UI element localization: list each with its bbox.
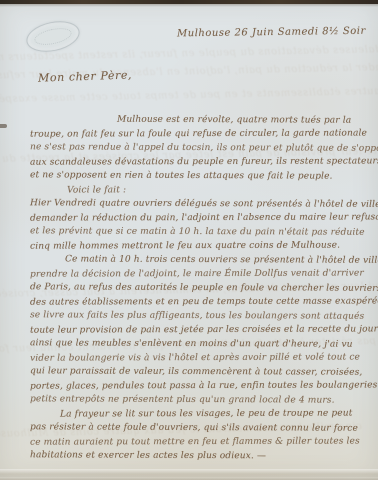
letter-line: et ne s'opposent en rien à toutes les at… <box>30 168 376 184</box>
letter-line: et les prévint que si ce matin à 10 h. l… <box>30 224 376 240</box>
embossed-oval-blind-stamp-icon <box>24 17 83 57</box>
letter-line: se livre aux faits les plus affligeants,… <box>30 308 376 324</box>
letter-line: ainsi que les meubles s'enlèvent en moin… <box>30 336 376 352</box>
letter-line: de Paris, au refus des autorités le peup… <box>30 280 376 296</box>
letter-line: qui leur paraissait de valeur, ils comme… <box>30 364 376 380</box>
letter-line: cinq mille hommes mettront le feu aux qu… <box>30 238 376 253</box>
letter-line: Ce matin à 10 h. trois cents ouvriers se… <box>30 252 376 268</box>
letter-line: Hier Vendredi quatre ouvriers délégués s… <box>30 196 376 212</box>
letter-line: ne s'est pas rendue à l'appel du tocsin,… <box>30 140 376 156</box>
letter-line: petits entrepôts ne présentent plus qu'u… <box>30 392 376 408</box>
letter-line: pas résister à cette foule d'ouvriers, q… <box>30 420 376 436</box>
bleedthrough-line: des autres établissements et en peu de t… <box>0 86 378 106</box>
scan-top-edge <box>0 0 378 4</box>
letter-line: toute leur provision de pain est jetée p… <box>30 322 376 337</box>
letter-line: aux scandaleuses dévastations du peuple … <box>30 154 376 169</box>
letter-line: troupe, on fait feu sur la foule qui ref… <box>30 126 376 141</box>
letter-line: portes, glaces, pendules tout passa à la… <box>30 378 376 393</box>
letter-line: Voici le fait : <box>30 182 376 197</box>
letter-scan-page: aux scandaleuses dévastations du peuple … <box>0 0 378 480</box>
letter-line: prendre la décision de l'adjoint, le mai… <box>30 266 376 281</box>
scan-edge-mark <box>0 124 7 128</box>
letter-line: demander la réduction du pain, l'adjoint… <box>30 210 376 225</box>
letter-line: vider la boulangerie vis à vis l'hôtel e… <box>30 350 376 365</box>
letter-line: habitations et exercer les actes les plu… <box>30 448 376 464</box>
bottom-fold-crease <box>0 469 378 477</box>
letter-body: Mulhouse est en révolte, quatre morts tu… <box>30 113 376 463</box>
letter-salutation: Mon cher Père, <box>38 68 132 84</box>
letter-line: La frayeur se lit sur tous les visages, … <box>30 406 376 421</box>
letter-line: ce matin auraient pu tout mettre en feu … <box>30 434 376 449</box>
letter-line: des autres établissements et en peu de t… <box>30 294 376 309</box>
letter-line: Mulhouse est en révolte, quatre morts tu… <box>30 112 376 128</box>
letter-dateline: Mulhouse 26 Juin Samedi 8½ Soir <box>177 26 366 40</box>
